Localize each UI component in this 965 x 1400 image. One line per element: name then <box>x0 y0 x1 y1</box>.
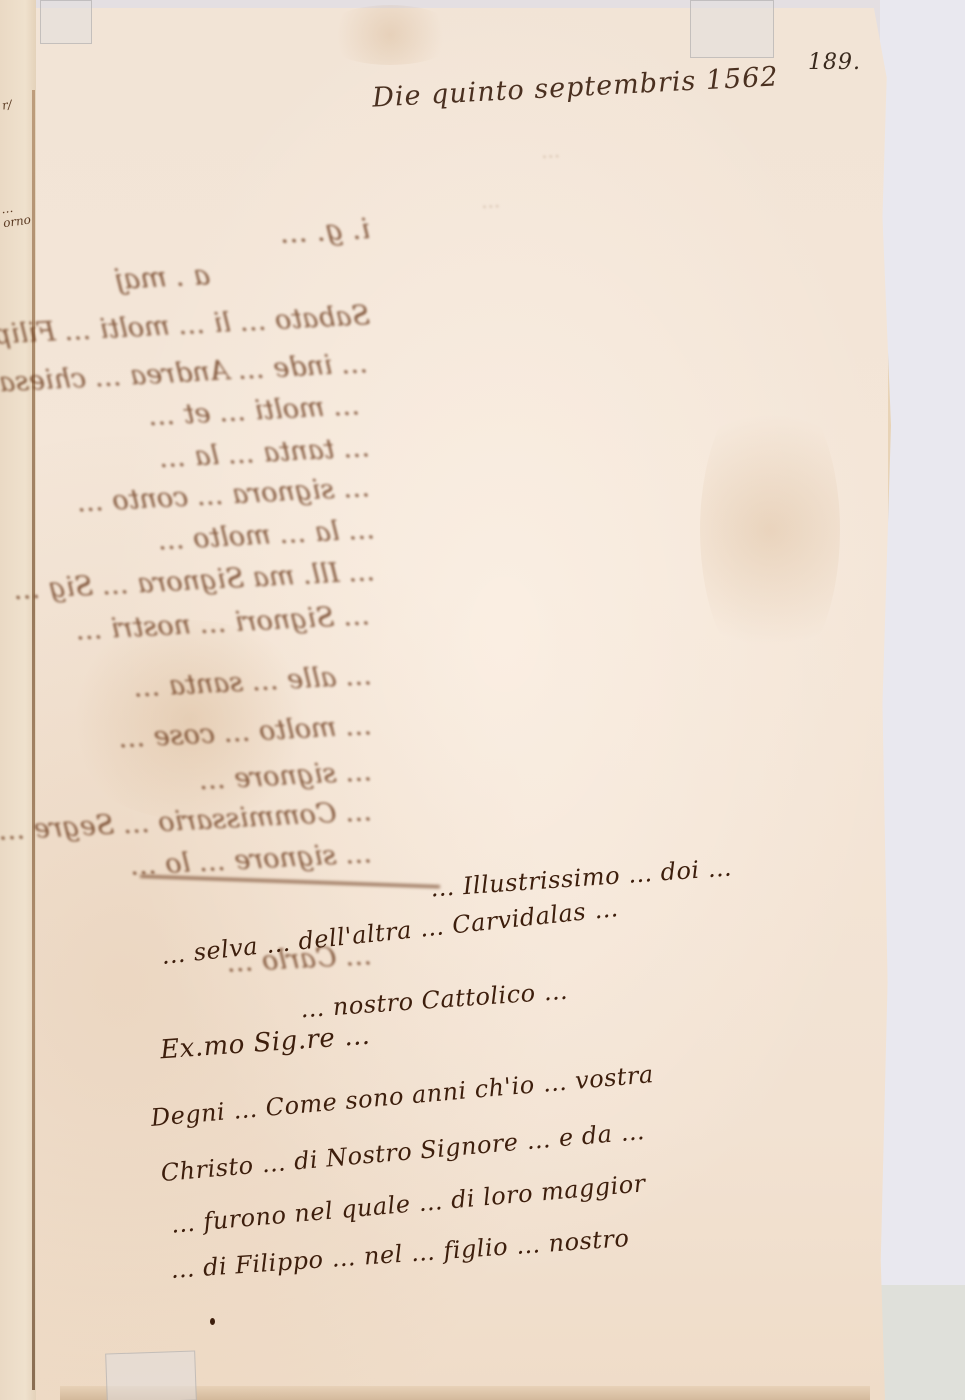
bleed-through-line: … <box>480 190 500 213</box>
mounting-tab <box>40 0 92 44</box>
facing-page-edge: r/ …orno <box>0 0 36 1400</box>
facing-page-fragment: r/ <box>1 97 13 112</box>
bleed-through-line: a . maj <box>114 258 211 296</box>
backing-board <box>880 0 965 1400</box>
water-stain <box>320 5 460 65</box>
folio-number: 189. <box>808 50 861 75</box>
water-stain <box>700 380 840 680</box>
mounting-tab <box>105 1350 197 1400</box>
mounting-tab <box>690 0 774 58</box>
bleed-through-line: … <box>500 74 520 97</box>
backing-board-lower <box>880 1285 965 1400</box>
bleed-through-line: … <box>540 140 560 163</box>
manuscript-photo: r/ …orno 189. Die quinto septembris 1562… <box>0 0 965 1400</box>
ink-dot <box>210 1318 215 1325</box>
binding-gutter <box>32 90 35 1390</box>
bleed-through-line: i. g. … <box>279 212 371 250</box>
